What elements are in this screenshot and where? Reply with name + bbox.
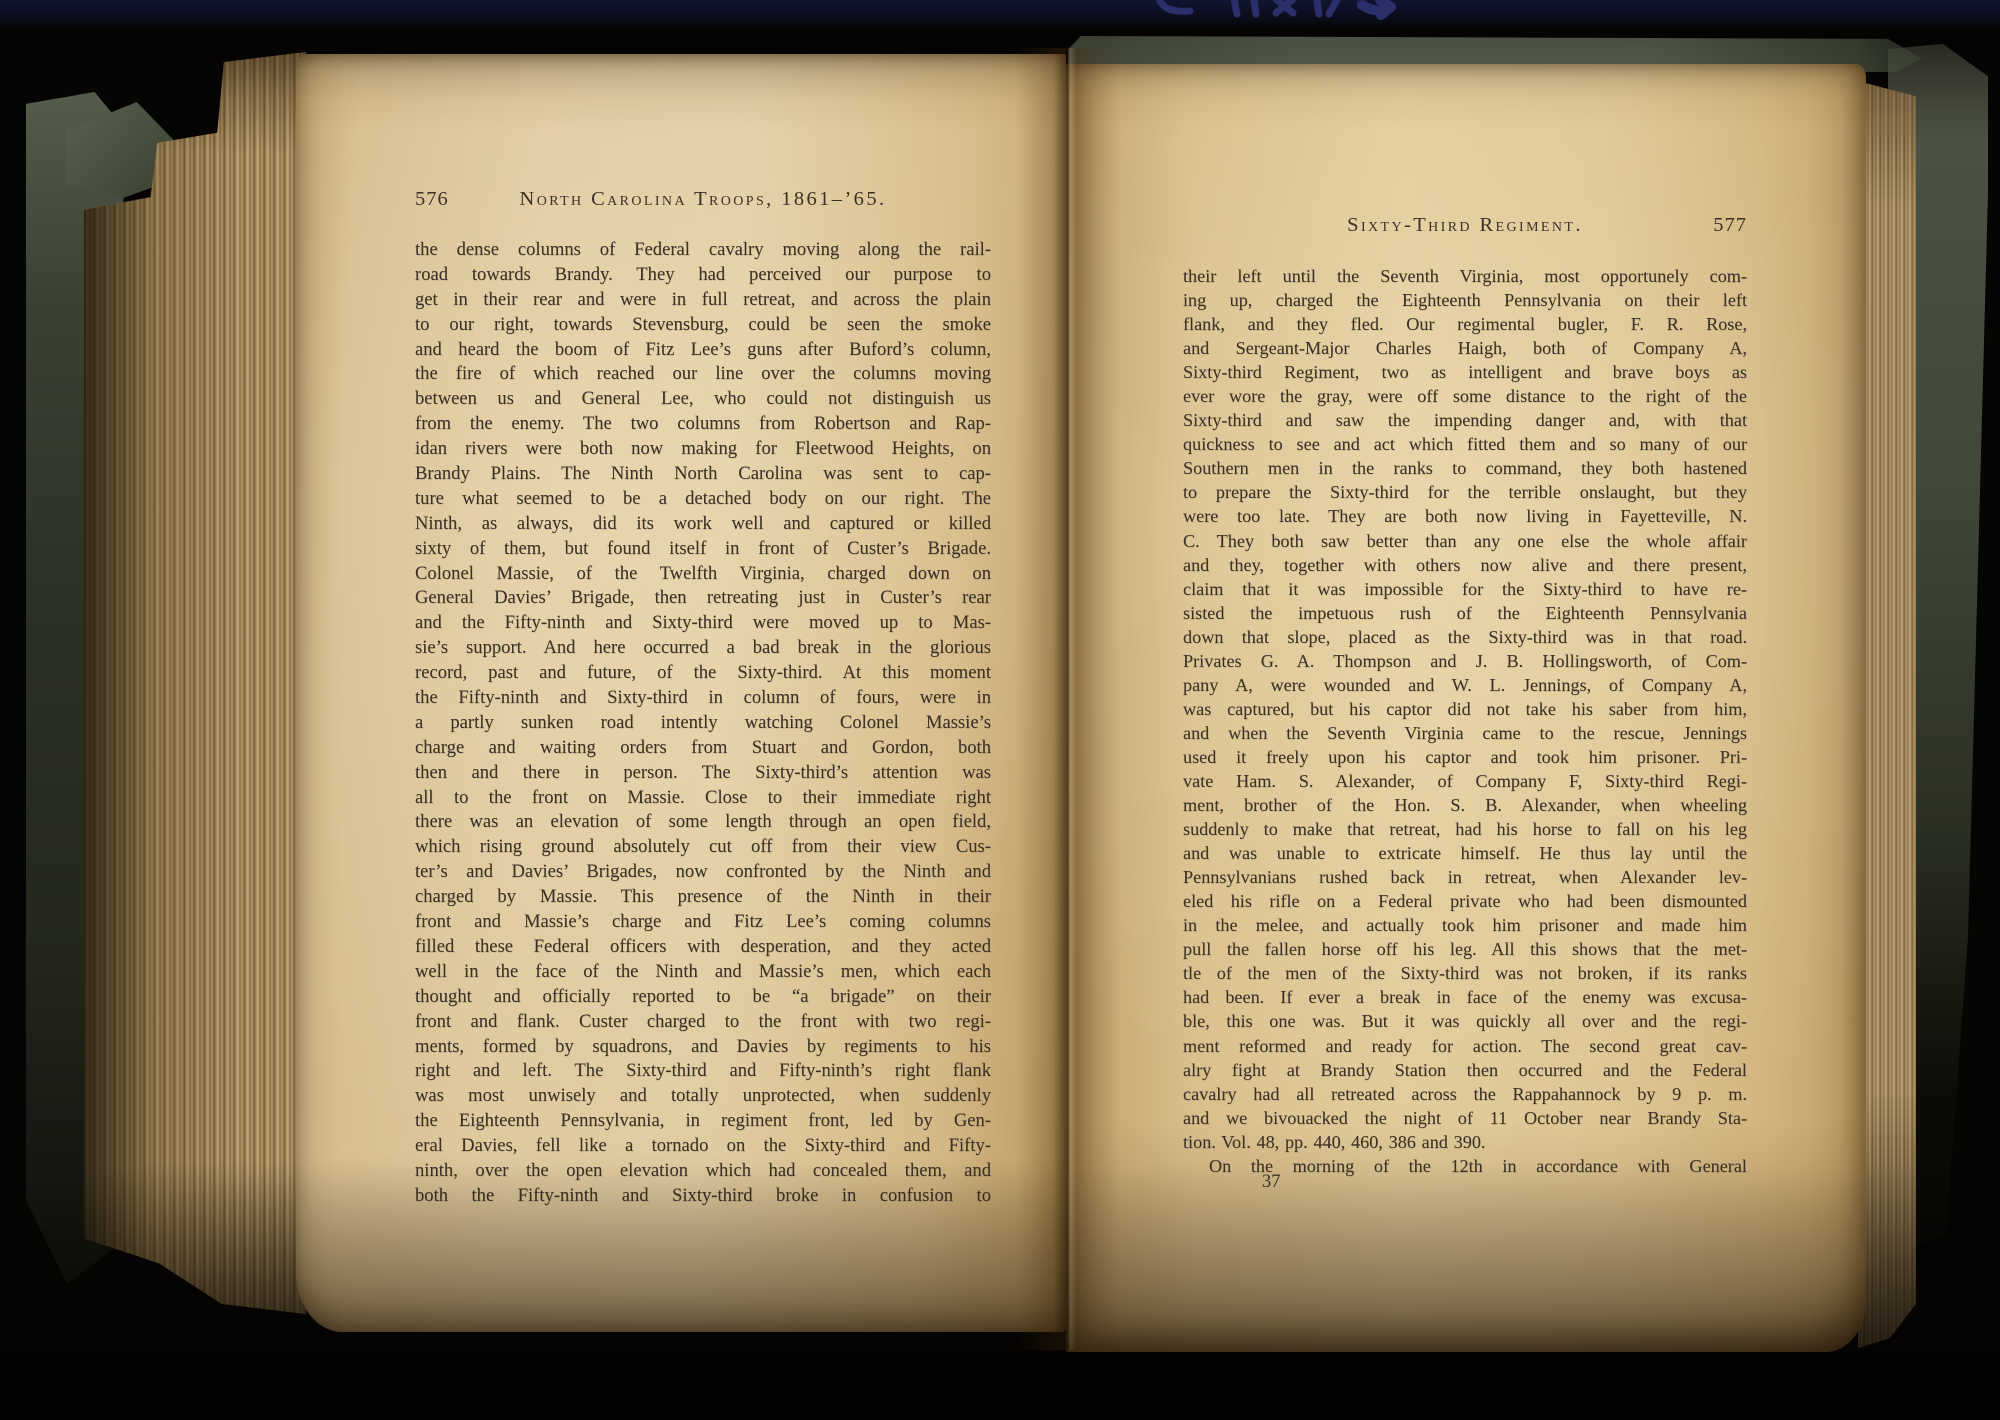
text-line: suddenly to make that retreat, had his h…	[1183, 817, 1747, 841]
right-page-text: their left until the Seventh Virginia, m…	[1183, 264, 1747, 1154]
text-line: sisted the impetuous rush of the Eightee…	[1183, 601, 1747, 625]
text-line: were too late. They are both now living …	[1183, 504, 1747, 528]
text-line: filled these Federal officers with despe…	[415, 935, 991, 960]
text-line: get in their rear and were in full retre…	[415, 288, 991, 313]
page-edges-right-fan	[1858, 76, 1916, 1348]
text-line: both the Fifty-ninth and Sixty-third bro…	[415, 1184, 991, 1209]
text-line: Privates G. A. Thompson and J. B. Hollin…	[1183, 649, 1747, 673]
text-line: well in the face of the Ninth and Massie…	[415, 960, 991, 985]
text-line: thought and officially reported to be “a…	[415, 985, 991, 1010]
text-line: sie’s support. And here occurred a bad b…	[415, 636, 991, 661]
text-line: and we bivouacked the night of 11 Octobe…	[1183, 1106, 1747, 1130]
text-line: and when the Seventh Virginia came to th…	[1183, 721, 1747, 745]
text-line: and was unable to extricate himself. He …	[1183, 841, 1747, 865]
text-line: eral Davies, fell like a tornado on the …	[415, 1134, 991, 1159]
handwritten-dimension-marks: 11 x 17	[1100, 0, 1800, 22]
text-line: then and there in person. The Sixty-thir…	[415, 761, 991, 786]
right-page: Sixty-Third Regiment. 577 their left unt…	[1066, 64, 1866, 1352]
text-line: between us and General Lee, who could no…	[415, 387, 991, 412]
text-line: pany A, were wounded and W. L. Jennings,…	[1183, 673, 1747, 697]
text-line: used it freely upon his captor and took …	[1183, 745, 1747, 769]
text-line: charge and waiting orders from Stuart an…	[415, 736, 991, 761]
text-line: ment, brother of the Hon. S. B. Alexande…	[1183, 793, 1747, 817]
text-line: and heard the boom of Fitz Lee’s guns af…	[415, 338, 991, 363]
text-line: ter’s and Davies’ Brigades, now confront…	[415, 860, 991, 885]
text-line: record, past and future, of the Sixty-th…	[415, 661, 991, 686]
text-line: had been. If ever a break in face of the…	[1183, 985, 1747, 1009]
text-line: sixty of them, but found itself in front…	[415, 537, 991, 562]
right-page-header: Sixty-Third Regiment. 577	[1183, 214, 1747, 242]
text-line: and the Fifty-ninth and Sixty-third were…	[415, 611, 991, 636]
page-number-left: 576	[415, 188, 449, 211]
text-line: which rising ground absolutely cut off f…	[415, 835, 991, 860]
text-line: Southern men in the ranks to command, th…	[1183, 456, 1747, 480]
left-page: 576 North Carolina Troops, 1861–’65. the…	[296, 54, 1066, 1332]
text-line: and they, together with others now alive…	[1183, 553, 1747, 577]
left-page-header: 576 North Carolina Troops, 1861–’65.	[415, 188, 991, 216]
text-line: the Fifty-ninth and Sixty-third in colum…	[415, 686, 991, 711]
text-line: ment reformed and ready for action. The …	[1183, 1034, 1747, 1058]
book-photo: 11 x 17 576 North Carolina Troops, 1861–…	[0, 0, 2000, 1420]
text-line: tle of the men of the Sixty-third was no…	[1183, 961, 1747, 985]
text-line: down that slope, placed as the Sixty-thi…	[1183, 625, 1747, 649]
text-line: charged by Massie. This presence of the …	[415, 885, 991, 910]
page-edges-left-fan	[84, 52, 306, 1314]
text-line: quickness to see and act which fitted th…	[1183, 432, 1747, 456]
text-line: cavalry had all retreated across the Rap…	[1183, 1082, 1747, 1106]
text-line: ture what seemed to be a detached body o…	[415, 487, 991, 512]
text-line: General Davies’ Brigade, then retreating…	[415, 586, 991, 611]
text-line: Sixty-third Regiment, two as intelligent…	[1183, 360, 1747, 384]
text-line: flank, and they fled. Our regimental bug…	[1183, 312, 1747, 336]
text-line: front and flank. Custer charged to the f…	[415, 1010, 991, 1035]
text-line: Sixty-third and saw the impending danger…	[1183, 408, 1747, 432]
running-head-right: Sixty-Third Regiment.	[1183, 214, 1747, 237]
text-line: C. They both saw better than any one els…	[1183, 529, 1747, 553]
text-line: in the melee, and actually took him pris…	[1183, 913, 1747, 937]
text-line: alry fight at Brandy Station then occurr…	[1183, 1058, 1747, 1082]
text-line: the fire of which reached our line over …	[415, 362, 991, 387]
text-line: pull the fallen horse off his leg. All t…	[1183, 937, 1747, 961]
text-line: the dense columns of Federal cavalry mov…	[415, 238, 991, 263]
text-line: ing up, charged the Eighteenth Pennsylva…	[1183, 288, 1747, 312]
right-arrow-icon	[1362, 0, 1391, 15]
text-line: ments, formed by squadrons, and Davies b…	[415, 1035, 991, 1060]
text-line: and Sergeant-Major Charles Haigh, both o…	[1183, 336, 1747, 360]
text-line: from the enemy. The two columns from Rob…	[415, 412, 991, 437]
text-line: their left until the Seventh Virginia, m…	[1183, 264, 1747, 288]
text-line: Colonel Massie, of the Twelfth Virginia,…	[415, 562, 991, 587]
text-line: ever wore the gray, were off some distan…	[1183, 384, 1747, 408]
signature-mark: 37	[1262, 1172, 1281, 1193]
text-line: the Eighteenth Pennsylvania, in regiment…	[415, 1109, 991, 1134]
text-line: Ninth, as always, did its work well and …	[415, 512, 991, 537]
text-line: tion. Vol. 48, pp. 440, 460, 386 and 390…	[1183, 1130, 1747, 1154]
text-line: front and Massie’s charge and Fitz Lee’s…	[415, 910, 991, 935]
text-line: ble, this one was. But it was quickly al…	[1183, 1009, 1747, 1033]
text-line: eled his rifle on a Federal private who …	[1183, 889, 1747, 913]
left-page-text: the dense columns of Federal cavalry mov…	[415, 238, 991, 1209]
text-line: idan rivers were both now making for Fle…	[415, 437, 991, 462]
text-line: there was an elevation of some length th…	[415, 810, 991, 835]
text-line: to our right, towards Stevensburg, could…	[415, 313, 991, 338]
text-line: to prepare the Sixty-third for the terri…	[1183, 480, 1747, 504]
page-number-right: 577	[1713, 214, 1747, 237]
text-line: all to the front on Massie. Close to the…	[415, 786, 991, 811]
running-head-left: North Carolina Troops, 1861–’65.	[415, 188, 991, 211]
text-line: Pennsylvanians rushed back in retreat, w…	[1183, 865, 1747, 889]
text-line: ninth, over the open elevation which had…	[415, 1159, 991, 1184]
text-line: claim that it was impossible for the Six…	[1183, 577, 1747, 601]
text-line: vate Ham. S. Alexander, of Company F, Si…	[1183, 769, 1747, 793]
text-line: was captured, but his captor did not tak…	[1183, 697, 1747, 721]
left-arrow-icon	[1160, 1, 1190, 11]
text-line: a partly sunken road intently watching C…	[415, 711, 991, 736]
text-line: road towards Brandy. They had perceived …	[415, 263, 991, 288]
text-line: was most unwisely and totally unprotecte…	[415, 1084, 991, 1109]
text-line: right and left. The Sixty-third and Fift…	[415, 1059, 991, 1084]
text-line: Brandy Plains. The Ninth North Carolina …	[415, 462, 991, 487]
